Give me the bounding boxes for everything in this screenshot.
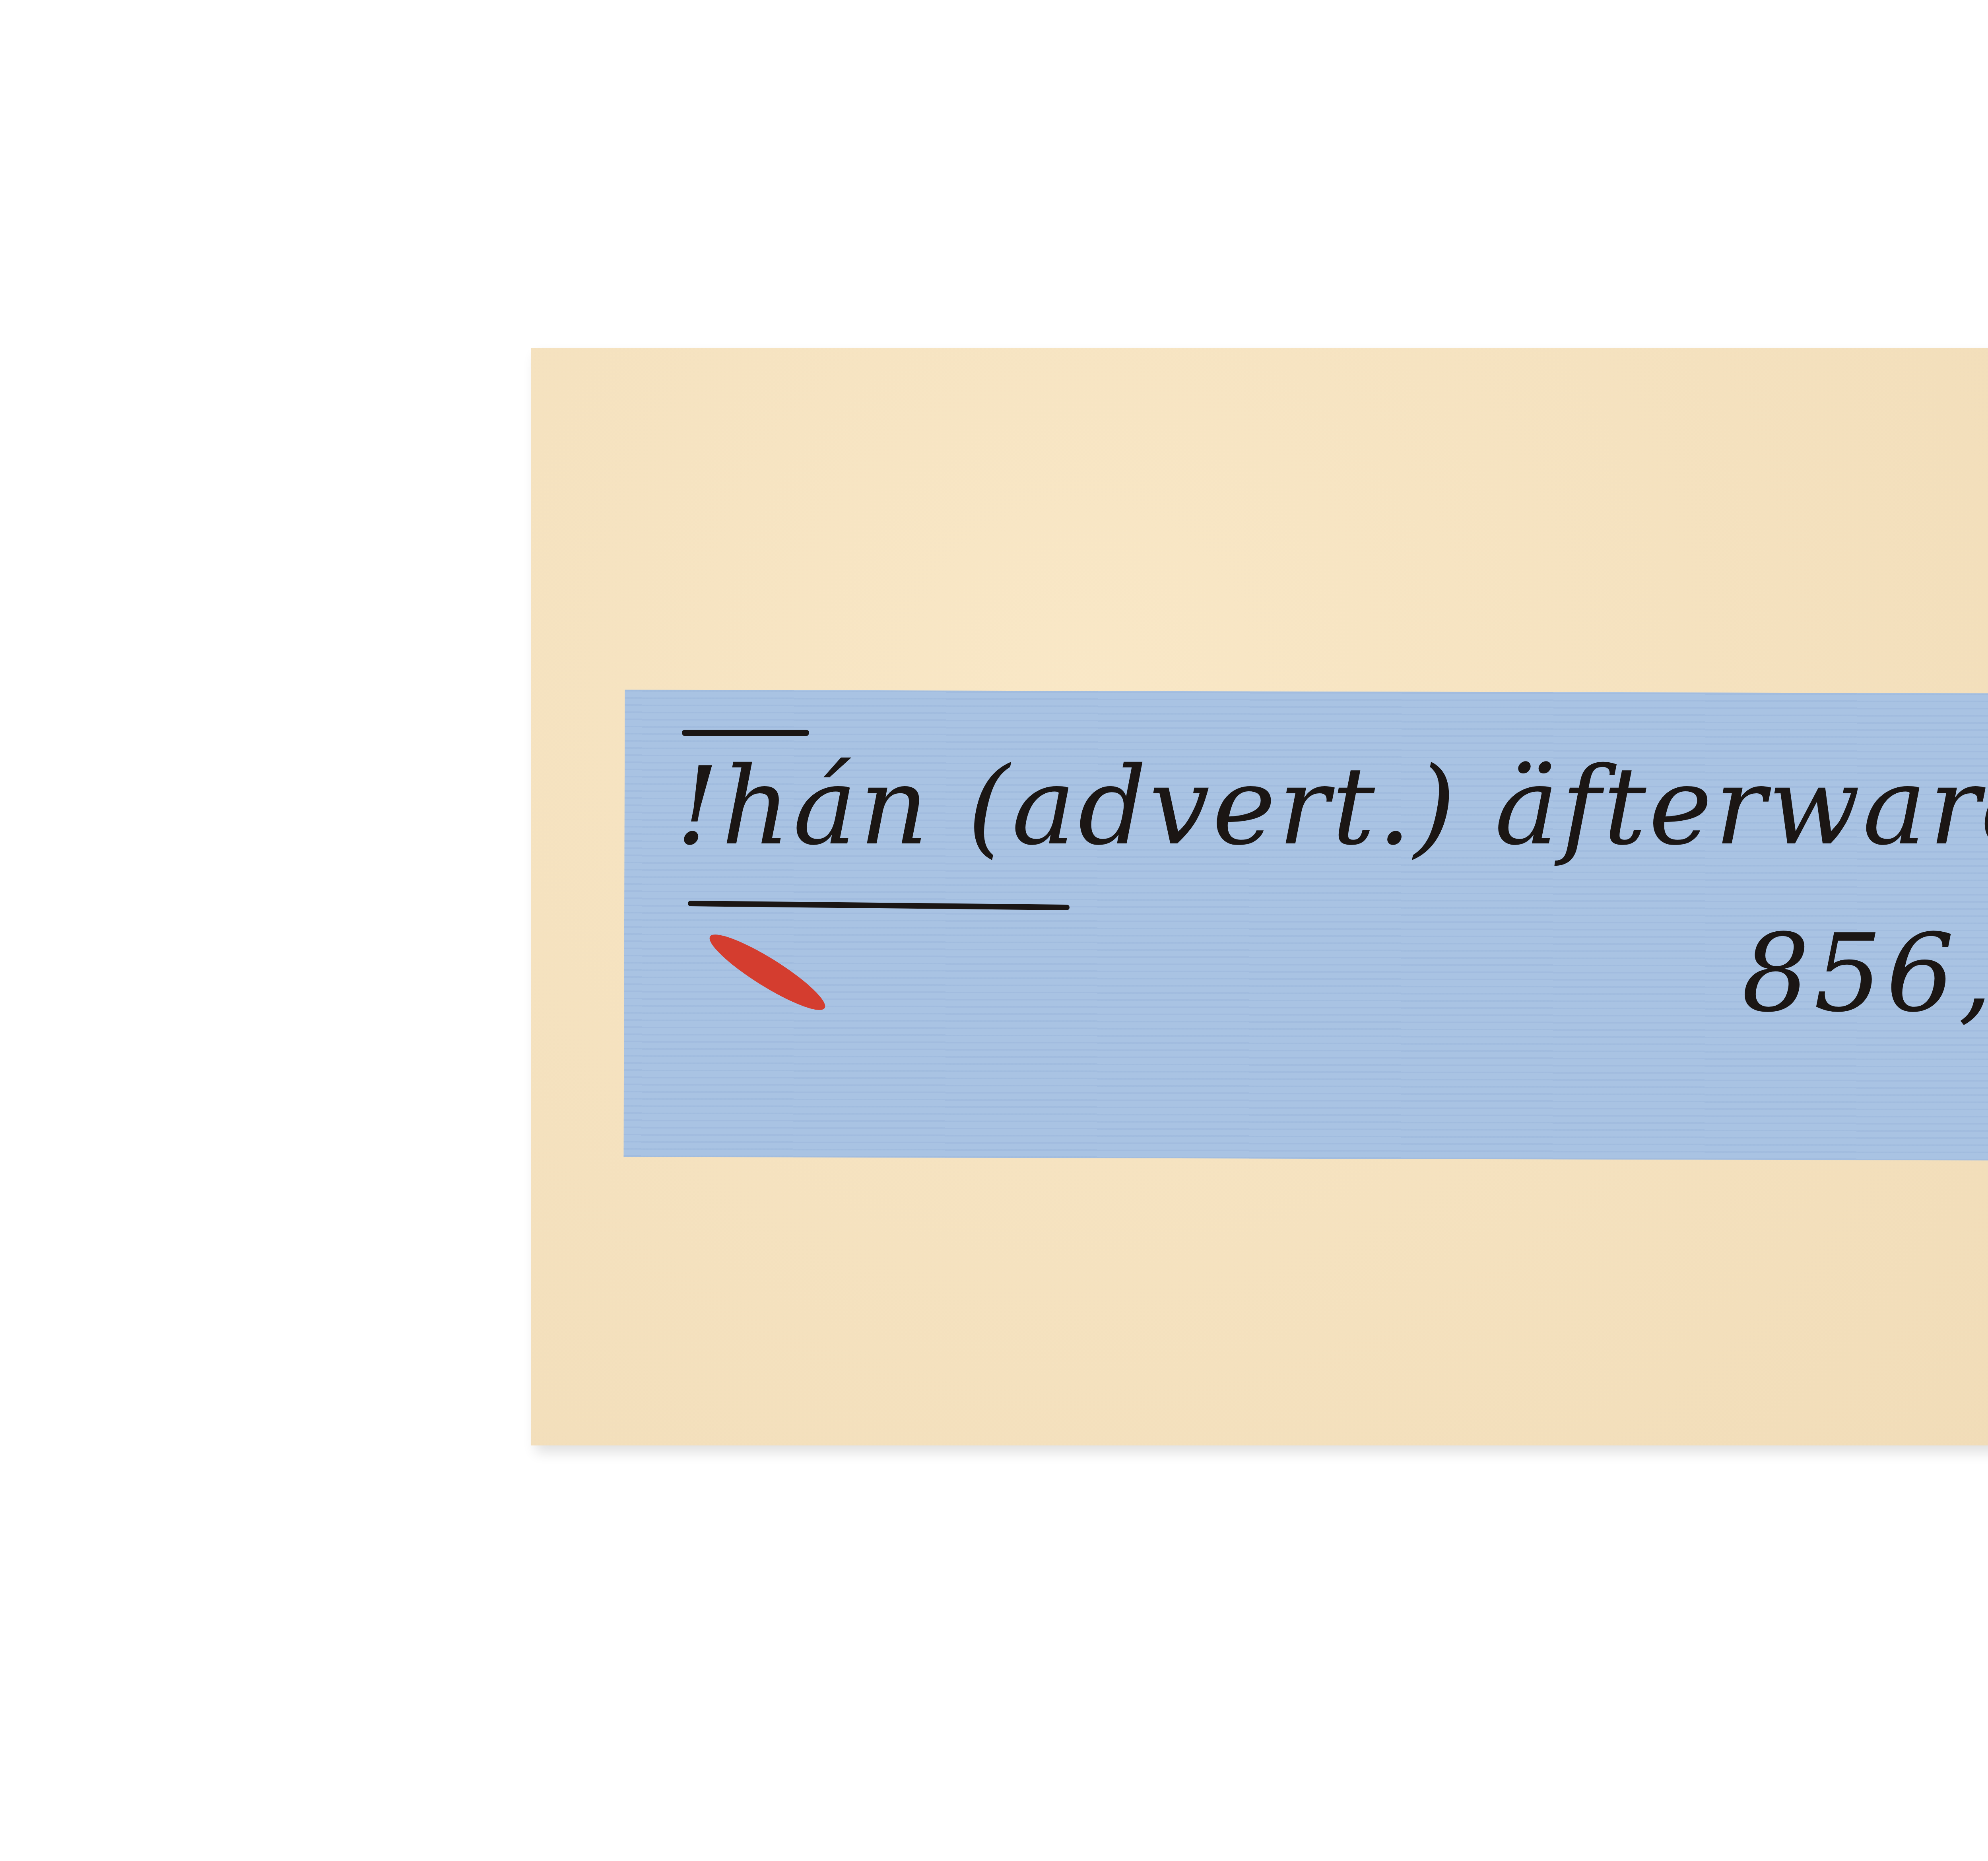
reference-number: 856,5; bbox=[1741, 911, 1988, 1036]
overbar-mark bbox=[682, 730, 809, 736]
headword-line: !hán (advert.) äfterwards" bbox=[676, 744, 1988, 869]
